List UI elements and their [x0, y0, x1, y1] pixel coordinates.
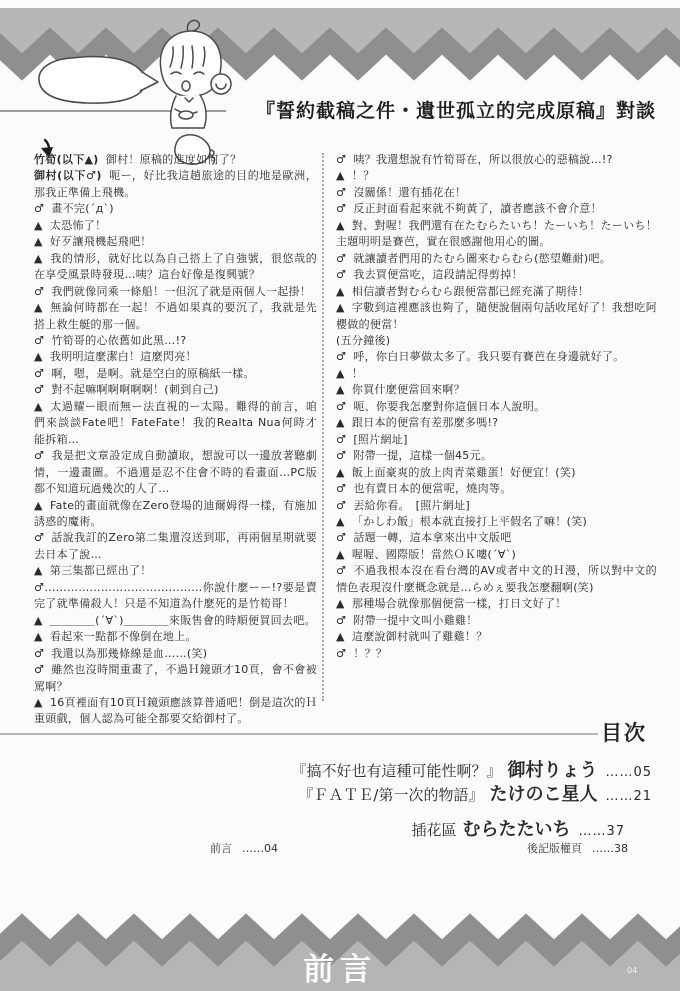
dialogue-line: ▲無論何時都在一起！不過如果真的要沉了，我就是先搭上救生艇的那一個。 — [34, 300, 317, 333]
dialogue-line: ▲Fate的畫面就像在Zero登場的迪爾姆得一樣，有施加誘惑的魔術。 — [34, 498, 317, 531]
toc-entry-title: 插花區 — [411, 821, 456, 839]
dialogue-text: 附帶一提中文叫小雞雞！ — [353, 614, 477, 627]
dialogue-text: ！？ — [352, 169, 375, 182]
speaker-mark: 御村(以下♂) — [34, 169, 102, 182]
toc-entry-author: むらたたいち — [462, 819, 570, 840]
dialogue-text: 我明明這麼潔白！這麼閃亮！ — [50, 350, 197, 363]
toc-entry-title: 『ＦＡＴＥ/第一次的物語』 — [298, 786, 483, 804]
toc-entry-title: 前言 — [210, 842, 232, 855]
dialogue-text: 附帶一提，這樣一個45元。 — [353, 449, 492, 462]
dialogue-text: 我們就像同乘一條船！一但沉了就是兩個人一起掛！ — [51, 285, 311, 298]
dialogue-line: ♂我還以為那幾條線是血……(笑) — [34, 646, 317, 662]
dialogue-line: ▲對、對喔！我們還有在たむらたいち！たーいち！たーいち！主題明明是賽芭，實在很感… — [336, 218, 657, 251]
dialogue-text: 第三集都已經出了！ — [50, 564, 152, 577]
dialogue-line: ▲太過耀ー眼而無ー法直視的ー太陽。難得的前言，咱們來談談Fate吧！FateFa… — [34, 399, 317, 448]
dialogue-text: ！ — [352, 367, 363, 380]
dialogue-text: 我還以為那幾條線是血……(笑) — [51, 647, 207, 660]
speaker-mark: ▲ — [336, 597, 345, 610]
doujinshi-preface-page: 『誓約截稿之件・遺世孤立的完成原稿』對談 竹筍(以下▲)御村！原稿的進度如何了？… — [0, 0, 680, 991]
dialogue-line: ♂丟給你看。 [照片網址] — [336, 498, 657, 514]
dialogue-text: 啊，嗯，是啊。就是空白的原稿紙一樣。 — [51, 367, 254, 380]
dialogue-text: ＿＿＿＿(´∀`)＿＿＿＿來販售會的時順便買回去吧。 — [50, 614, 316, 627]
dialogue-line: ♂話題一轉，這本拿來出中文版吧 — [336, 530, 657, 546]
toc-entry-page: ……05 — [605, 765, 652, 780]
dialogue-line: ▲喔喔、國際版！當然ＯＫ嘍(´∀`) — [336, 547, 657, 563]
dialogue-text: 我的情形，就好比以為自己搭上了自強號，很悠哉的在享受風景時發現…咦？這台好像是復… — [34, 252, 317, 281]
dialogue-line: ▲！？ — [336, 168, 657, 184]
dialogue-line: ♂我是把文章設定成自動讀取，想說可以一邊放著聽劇情，一邊畫圖。不過還是忍不住會不… — [34, 448, 317, 497]
speaker-mark: ▲ — [34, 630, 43, 643]
page-number: 04 — [627, 966, 637, 975]
dialogue-text: 竹筍哥的心依舊如此黑…!? — [51, 334, 186, 347]
speaker-mark: ♂ — [34, 581, 44, 594]
speaker-mark: ▲ — [336, 301, 345, 314]
dialogue-line: ▲那種場合就像那個便當一樣，打日文好了！ — [336, 596, 657, 612]
dialogue-text: 反正封面看起來就不夠黃了，讀者應該不會介意！ — [353, 202, 602, 215]
dialogue-text: 這麼說御村就叫了雞雞！？ — [352, 630, 488, 643]
dialogue-text: 字數到這裡應該也夠了，隨便說個兩句話收尾好了！我想吃阿櫻做的便當！ — [336, 301, 657, 330]
dialogue-text: ……………………………………你說什麼ーー!?要是賣完了就準備殺人！只是不知道為什… — [34, 581, 317, 610]
dialogue-line: ♂呼，你白日夢做太多了。我只要有賽芭在身邊就好了。 — [336, 349, 657, 365]
speaker-mark: ▲ — [34, 301, 43, 314]
toc-entry-title: 後記版權頁 — [527, 842, 582, 855]
dialogue-line: ▲跟日本的便當有差那麼多嗎!? — [336, 415, 657, 431]
speaker-mark: ▲ — [336, 515, 345, 528]
speaker-mark: ♂ — [336, 268, 346, 281]
dialogue-text: 畫不完(´д`) — [51, 202, 114, 215]
speaker-mark: ♂ — [336, 400, 346, 413]
speaker-mark: ▲ — [336, 383, 345, 396]
speaker-mark: ♂ — [336, 153, 346, 166]
dialogue-text: [照片網址] — [353, 433, 407, 446]
speaker-mark: ▲ — [34, 252, 43, 265]
dialogue-line: ♂雖然也沒時間重畫了，不過Ｈ鏡頭才10頁，會不會被罵啊？ — [34, 662, 317, 695]
dialogue-text: ！？？ — [353, 647, 387, 660]
dialogue-text: 沒關係！還有插花在！ — [353, 186, 466, 199]
toc-entry-author: 御村りょう — [507, 760, 597, 781]
dialogue-line: ▲太恐怖了！ — [34, 218, 317, 234]
dialogue-text: 呼，你白日夢做太多了。我只要有賽芭在身邊就好了。 — [353, 350, 624, 363]
speaker-mark: ▲ — [336, 367, 345, 380]
dialogue-line: ♂！？？ — [336, 646, 657, 662]
dialogue-line: ♂竹筍哥的心依舊如此黑…!? — [34, 333, 317, 349]
dialogue-line: ♂對不起嘛啊啊啊啊啊！(刺到自己) — [34, 382, 317, 398]
dialogue-line: ♂我們就像同乘一條船！一但沉了就是兩個人一起掛！ — [34, 284, 317, 300]
dialogue-text: 雖然也沒時間重畫了，不過Ｈ鏡頭才10頁，會不會被罵啊？ — [34, 663, 317, 692]
speaker-mark: ♂ — [336, 350, 346, 363]
dialogue-text: 16頁裡面有10頁Ｈ鏡頭應該算普通吧！倒是這次的Ｈ重頭戲，個人認為可能全都要交給… — [34, 696, 317, 725]
dialogue-line: ♂[照片網址] — [336, 432, 657, 448]
dialogue-line: (五分鐘後) — [336, 333, 657, 349]
dialogue-line: ♂反正封面看起來就不夠黃了，讀者應該不會介意！ — [336, 201, 657, 217]
speaker-mark: ▲ — [336, 548, 345, 561]
dialogue-text: 丟給你看。 [照片網址] — [353, 499, 470, 512]
speaker-mark: ♂ — [34, 383, 44, 396]
dialogue-text: 對不起嘛啊啊啊啊啊！(刺到自己) — [51, 383, 218, 396]
dialogue-text: 那種場合就像那個便當一樣，打日文好了！ — [352, 597, 567, 610]
dialogue-line: ♂不過我根本沒在看台灣的AV或者中文的Ｈ漫，所以對中文的情色表現沒什麼概念就是…… — [336, 563, 657, 596]
dialogue-text: 好歹讓飛機起飛吧！ — [50, 235, 152, 248]
speaker-mark: ▲ — [336, 630, 345, 643]
speaker-mark: ♂ — [34, 663, 44, 676]
dialogue-text: 御村！原稿的進度如何了？ — [106, 153, 242, 166]
speaker-mark: ▲ — [336, 169, 345, 182]
speaker-mark: ▲ — [34, 696, 43, 709]
dialogue-line: ▲這麼說御村就叫了雞雞！？ — [336, 629, 657, 645]
speaker-mark: ♂ — [336, 499, 346, 512]
dialogue-line: ♂咦？我還想說有竹筍哥在，所以很放心的惡稿說…!? — [336, 152, 657, 168]
speaker-mark: ▲ — [34, 564, 43, 577]
toc-entry-page: ……38 — [592, 842, 628, 855]
dialogue-line: ▲字數到這裡應該也夠了，隨便說個兩句話收尾好了！我想吃阿櫻做的便當！ — [336, 300, 657, 333]
dialogue-text: 也有賣日本的便當呢，燒肉等。 — [353, 482, 511, 495]
toc-entry-page: ……04 — [242, 842, 278, 855]
dialogue-line: ▲！ — [336, 366, 657, 382]
toc-entry-page: ……37 — [578, 824, 625, 839]
dialogue-text: 我是把文章設定成自動讀取，想說可以一邊放著聽劇情，一邊畫圖。不過還是忍不住會不時… — [34, 449, 317, 495]
speaker-mark: ♂ — [34, 449, 44, 462]
dialogue-line: ▲第三集都已經出了！ — [34, 563, 317, 579]
dialogue-text: 呃、你要我怎麼對你這個日本人說明。 — [353, 400, 545, 413]
speaker-mark: ♂ — [336, 614, 346, 627]
dialogue-text: 「かしわ飯」根本就直接打上平假名了嘛！(笑) — [352, 515, 587, 528]
speaker-mark: ♂ — [336, 531, 346, 544]
dialogue-text: 太恐怖了！ — [50, 219, 107, 232]
dialogue-text: 跟日本的便當有差那麼多嗎!? — [352, 416, 498, 429]
dialogue-line: ♂也有賣日本的便當呢，燒肉等。 — [336, 481, 657, 497]
dialogue-line: ▲「かしわ飯」根本就直接打上平假名了嘛！(笑) — [336, 514, 657, 530]
dialogue-line: 竹筍(以下▲)御村！原稿的進度如何了？ — [34, 152, 317, 168]
dialogue-text: 喔喔、國際版！當然ＯＫ嘍(´∀`) — [352, 548, 516, 561]
dialogue-line: 御村(以下♂)呃ー，好比我這趟旅途的目的地是歐洲，那我正準備上飛機。 — [34, 168, 317, 201]
speaker-mark: ▲ — [34, 400, 43, 413]
speaker-mark: ♂ — [336, 647, 346, 660]
speaker-mark: ♂ — [336, 202, 346, 215]
dialogue-line: ♂附帶一提中文叫小雞雞！ — [336, 613, 657, 629]
speaker-mark: ♂ — [336, 186, 346, 199]
speaker-mark: ▲ — [336, 466, 345, 479]
dialogue-text: 飯上面豪爽的放上肉青菜雞蛋！好便宜！(笑) — [352, 466, 576, 479]
speaker-mark: ▲ — [34, 219, 43, 232]
dialogue-line: ▲我明明這麼潔白！這麼閃亮！ — [34, 349, 317, 365]
speaker-mark: ▲ — [336, 416, 345, 429]
speaker-mark: ♂ — [336, 482, 346, 495]
toc-minor-preface: 前言……04 — [210, 840, 278, 856]
footer-section-label: 前言 — [0, 944, 680, 989]
dialogue-line: ▲好歹讓飛機起飛吧！ — [34, 234, 317, 250]
speaker-mark: ♂ — [336, 449, 346, 462]
dialogue-line: ▲＿＿＿＿(´∀`)＿＿＿＿來販售會的時順便買回去吧。 — [34, 613, 317, 629]
dialogue-line: ♂就讓讀者們用的たむら圖來むらむら(慾望難耐)吧。 — [336, 251, 657, 267]
dialogue-line: ▲相信讀者對むらむら跟便當都已經充滿了期待！ — [336, 284, 657, 300]
dialogue-text: (五分鐘後) — [336, 334, 390, 347]
dialogue-line: ♂呃、你要我怎麼對你這個日本人說明。 — [336, 399, 657, 415]
dialogue-text: 你買什麼便當回來啊？ — [352, 383, 465, 396]
dialogue-line: ♂啊，嗯，是啊。就是空白的原稿紙一樣。 — [34, 366, 317, 382]
speaker-mark: ▲ — [34, 499, 43, 512]
dialogue-text: 不過我根本沒在看台灣的AV或者中文的Ｈ漫，所以對中文的情色表現沒什麼概念就是…ら… — [336, 564, 657, 593]
speaker-mark: ▲ — [34, 235, 43, 248]
dialogue-text: 話題一轉，這本拿來出中文版吧 — [353, 531, 511, 544]
dialogue-line: ▲我的情形，就好比以為自己搭上了自強號，很悠哉的在享受風景時發現…咦？這台好像是… — [34, 251, 317, 284]
toc-row-3: 插花區むらたたいち……37 — [411, 815, 625, 841]
speaker-mark: ♂ — [336, 564, 346, 577]
toc-entry-author: たけのこ星人 — [489, 784, 597, 805]
dialogue-line: ▲16頁裡面有10頁Ｈ鏡頭應該算普通吧！倒是這次的Ｈ重頭戲，個人認為可能全都要交… — [34, 695, 317, 728]
speaker-mark: ♂ — [34, 367, 44, 380]
dialogue-text: 太過耀ー眼而無ー法直視的ー太陽。難得的前言，咱們來談談Fate吧！FateFat… — [34, 400, 317, 446]
dialogue-column-left: 竹筍(以下▲)御村！原稿的進度如何了？御村(以下♂)呃ー，好比我這趟旅途的目的地… — [34, 152, 317, 728]
dialogue-line: ♂附帶一提，這樣一個45元。 — [336, 448, 657, 464]
dialogue-text: 話說我訂的Zero第二集還沒送到耶，再兩個星期就要去日本了說… — [34, 531, 317, 560]
speaker-mark: 竹筍(以下▲) — [34, 153, 99, 166]
dialogue-line: ♂話說我訂的Zero第二集還沒送到耶，再兩個星期就要去日本了說… — [34, 530, 317, 563]
speaker-mark: ▲ — [336, 219, 345, 232]
toc-row-2: 『ＦＡＴＥ/第一次的物語』たけのこ星人……21 — [298, 780, 652, 806]
dialogue-column-right: ♂咦？我還想說有竹筍哥在，所以很放心的惡稿說…!?▲！？♂沒關係！還有插花在！♂… — [336, 152, 657, 662]
speaker-mark: ♂ — [336, 252, 346, 265]
speaker-mark: ♂ — [34, 202, 44, 215]
dialogue-text: 咦？我還想說有竹筍哥在，所以很放心的惡稿說…!? — [353, 153, 612, 166]
dialogue-line: ♂沒關係！還有插花在！ — [336, 185, 657, 201]
speaker-mark: ♂ — [34, 334, 44, 347]
speaker-mark: ▲ — [34, 350, 43, 363]
page-title: 『誓約截稿之件・遺世孤立的完成原稿』對談 — [0, 96, 656, 123]
dialogue-text: 我去買便當吃，這段請記得剪掉！ — [353, 268, 523, 281]
toc-minor-afterword: 後記版權頁……38 — [527, 840, 628, 856]
dialogue-line: ♂我去買便當吃，這段請記得剪掉！ — [336, 267, 657, 283]
speaker-mark: ♂ — [34, 285, 44, 298]
dialogue-text: 看起來一點都不像倒在地上。 — [50, 630, 197, 643]
dialogue-text: 對、對喔！我們還有在たむらたいち！たーいち！たーいち！主題明明是賽芭，實在很感謝… — [336, 219, 657, 248]
dialogue-line: ▲飯上面豪爽的放上肉青菜雞蛋！好便宜！(笑) — [336, 465, 657, 481]
toc-entry-title: 『搞不好也有這種可能性啊？』 — [291, 762, 501, 780]
speaker-mark: ♂ — [34, 647, 44, 660]
speaker-mark: ▲ — [336, 285, 345, 298]
dialogue-line: ♂畫不完(´д`) — [34, 201, 317, 217]
speaker-mark: ♂ — [34, 531, 44, 544]
speaker-mark: ♂ — [336, 433, 346, 446]
dialogue-text: Fate的畫面就像在Zero登場的迪爾姆得一樣，有施加誘惑的魔術。 — [34, 499, 317, 528]
toc-entry-page: ……21 — [605, 789, 652, 804]
dialogue-line: ▲你買什麼便當回來啊？ — [336, 382, 657, 398]
dialogue-text: 無論何時都在一起！不過如果真的要沉了，我就是先搭上救生艇的那一個。 — [34, 301, 317, 330]
speaker-mark: ▲ — [34, 614, 43, 627]
dialogue-line: ♂……………………………………你說什麼ーー!?要是賣完了就準備殺人！只是不知道為… — [34, 580, 317, 613]
toc-heading: 目次 — [601, 717, 647, 747]
dialogue-line: ▲看起來一點都不像倒在地上。 — [34, 629, 317, 645]
toc-row-1: 『搞不好也有這種可能性啊？』御村りょう……05 — [291, 756, 652, 782]
dialogue-text: 相信讀者對むらむら跟便當都已經充滿了期待！ — [352, 285, 589, 298]
column-divider — [322, 153, 324, 701]
dialogue-text: 就讓讀者們用的たむら圖來むらむら(慾望難耐)吧。 — [353, 252, 611, 265]
